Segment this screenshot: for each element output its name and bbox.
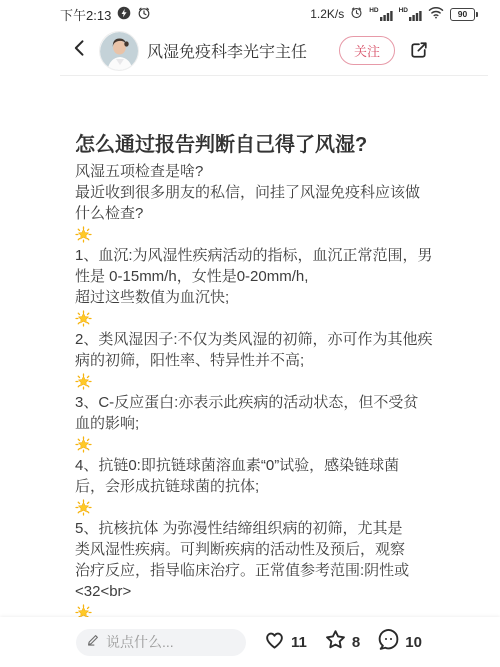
- post-item: 4、抗链0:即抗链球菌溶血素“0”试验，感染链球菌 后，会形成抗链球菌的抗体;: [75, 455, 437, 497]
- post-item: 2、类风湿因子:不仅为类风湿的初筛，亦可作为其他疾 病的初筛，阳性率、特异性并不…: [75, 329, 437, 371]
- cell-signal-sim2-icon: HD: [399, 8, 422, 21]
- avatar[interactable]: [99, 31, 139, 71]
- wifi-icon: [428, 6, 444, 22]
- network-speed: 1.2K/s: [310, 7, 344, 21]
- post-content[interactable]: 怎么通过报告判断自己得了风湿? 风湿五项检查是啥? 最近收到很多朋友的私信，问挂…: [0, 76, 500, 667]
- clock-time: 下午2:13: [60, 5, 111, 24]
- app-screen: 下午2:13 1.2K/s HD HD: [0, 0, 500, 667]
- glowing-star-icon: [75, 224, 437, 245]
- follow-button[interactable]: 关注: [339, 36, 395, 65]
- post-intro: 风湿五项检查是啥? 最近收到很多朋友的私信，问挂了风湿免疫科应该做 什么检查?: [75, 161, 437, 224]
- glowing-star-icon: [75, 371, 437, 392]
- share-box-arrow-icon: [407, 49, 430, 66]
- collect-button[interactable]: 8: [323, 627, 360, 657]
- star-icon: [323, 627, 348, 657]
- back-button[interactable]: [70, 40, 92, 62]
- comment-input[interactable]: [106, 634, 236, 650]
- header: 风湿免疫科李光宇主任 关注: [0, 26, 500, 75]
- glowing-star-icon: [75, 308, 437, 329]
- battery-icon: 90: [450, 8, 478, 21]
- battery-level: 90: [450, 8, 475, 21]
- comment-pill[interactable]: [76, 629, 246, 656]
- like-button[interactable]: 11: [262, 627, 307, 657]
- alarm-icon: [137, 6, 151, 23]
- comment-button[interactable]: 10: [376, 627, 422, 657]
- profile-username[interactable]: 风湿免疫科李光宇主任: [147, 39, 339, 62]
- post-title: 怎么通过报告判断自己得了风湿?: [75, 132, 437, 158]
- collect-count: 8: [352, 634, 360, 651]
- like-count: 11: [291, 634, 307, 651]
- comment-count: 10: [405, 634, 422, 651]
- chat-bubble-icon: [376, 627, 401, 657]
- chevron-left-icon: [70, 38, 90, 63]
- alarm-icon: [350, 6, 363, 22]
- pencil-icon: [86, 633, 106, 652]
- post-item: 3、C-反应蛋白:亦表示此疾病的活动状态，但不受贫 血的影响;: [75, 392, 437, 434]
- glowing-star-icon: [75, 434, 437, 455]
- post-item: 5、抗核抗体 为弥漫性结缔组织病的初筛，尤其是 类风湿性疾病。可判断疾病的活动性…: [75, 518, 437, 602]
- cell-signal-sim1-icon: HD: [369, 8, 392, 21]
- bottom-action-bar: 11 8 10: [0, 617, 500, 667]
- security-app-icon: [117, 6, 131, 23]
- post-item: 1、血沉:为风湿性疾病活动的指标，血沉正常范围，男 性是 0-15mm/h，女性…: [75, 245, 437, 308]
- glowing-star-icon: [75, 497, 437, 518]
- share-button[interactable]: [407, 39, 430, 62]
- heart-icon: [262, 627, 287, 657]
- status-bar: 下午2:13 1.2K/s HD HD: [0, 0, 500, 26]
